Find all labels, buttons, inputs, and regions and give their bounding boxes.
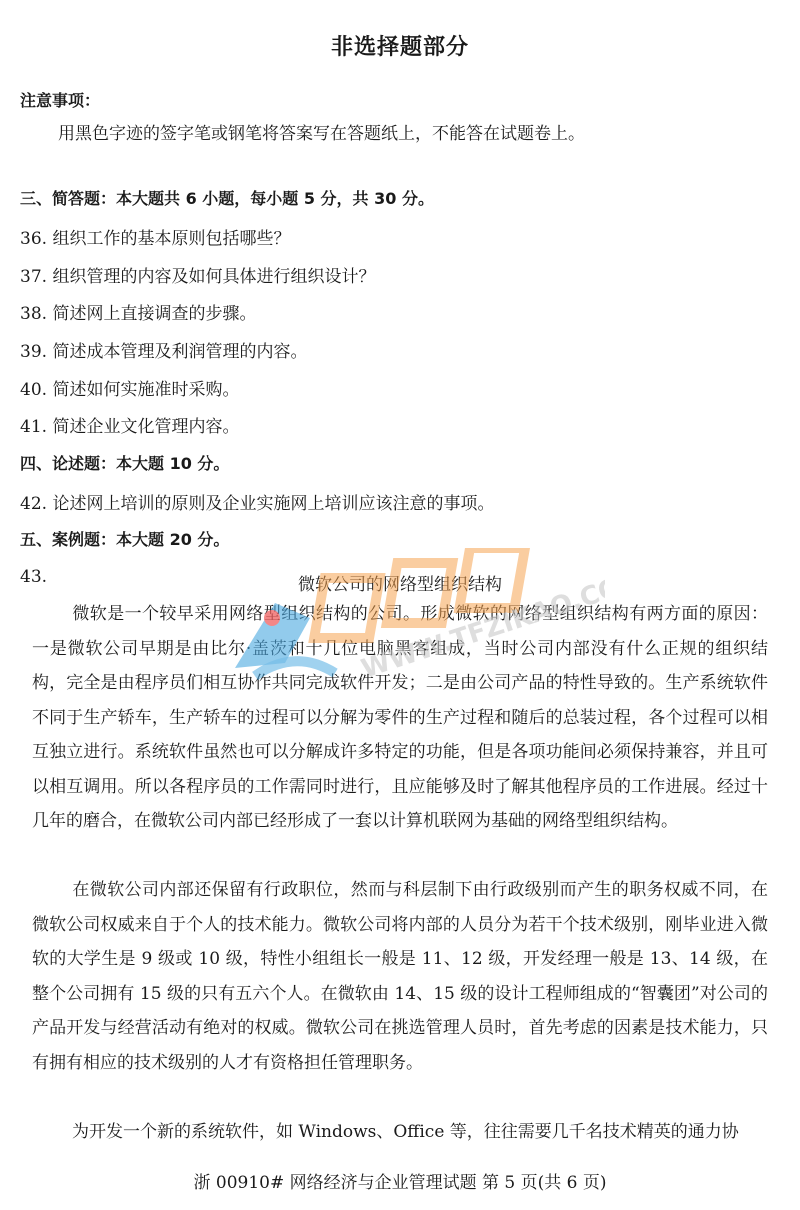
question-42: 42. 论述网上培训的原则及企业实施网上培训应该注意的事项。 bbox=[20, 489, 494, 514]
question-38: 38. 简述网上直接调查的步骤。 bbox=[20, 299, 256, 324]
question-37: 37. 组织管理的内容及如何具体进行组织设计？ bbox=[20, 262, 375, 287]
page-title: 非选择题部分 bbox=[0, 30, 800, 61]
section-heading-case: 五、案例题：本大题 20 分。 bbox=[20, 527, 229, 550]
case-paragraph-1-text: 微软是一个较早采用网络型组织结构的公司。形成微软的网络型组织结构有两方面的原因：… bbox=[32, 604, 768, 831]
case-paragraph-1: 微软是一个较早采用网络型组织结构的公司。形成微软的网络型组织结构有两方面的原因：… bbox=[32, 597, 768, 839]
question-40: 40. 简述如何实施准时采购。 bbox=[20, 375, 239, 400]
section-heading-essay: 四、论述题：本大题 10 分。 bbox=[20, 451, 229, 474]
notice-body: 用黑色字迹的签字笔或钢笔将答案写在答题纸上，不能答在试题卷上。 bbox=[58, 119, 585, 144]
case-paragraph-2-text: 在微软公司内部还保留有行政职位，然而与科层制下由行政级别而产生的职务权威不同，在… bbox=[32, 880, 768, 1073]
case-paragraph-3: 为开发一个新的系统软件，如 Windows、Office 等，往往需要几千名技术… bbox=[32, 1115, 768, 1150]
case-paragraph-3-text: 为开发一个新的系统软件，如 Windows、Office 等，往往需要几千名技术… bbox=[72, 1122, 739, 1142]
question-39: 39. 简述成本管理及利润管理的内容。 bbox=[20, 337, 307, 362]
page-footer: 浙 00910# 网络经济与企业管理试题 第 5 页(共 6 页) bbox=[0, 1168, 800, 1193]
question-36: 36. 组织工作的基本原则包括哪些？ bbox=[20, 224, 290, 249]
section-heading-short-answer: 三、简答题：本大题共 6 小题，每小题 5 分，共 30 分。 bbox=[20, 186, 434, 209]
question-41: 41. 简述企业文化管理内容。 bbox=[20, 412, 239, 437]
notice-heading: 注意事项： bbox=[20, 88, 100, 111]
case-title: 微软公司的网络型组织结构 bbox=[0, 570, 800, 595]
case-paragraph-2: 在微软公司内部还保留有行政职位，然而与科层制下由行政级别而产生的职务权威不同，在… bbox=[32, 873, 768, 1080]
exam-page: 非选择题部分 注意事项： 用黑色字迹的签字笔或钢笔将答案写在答题纸上，不能答在试… bbox=[0, 0, 800, 1210]
